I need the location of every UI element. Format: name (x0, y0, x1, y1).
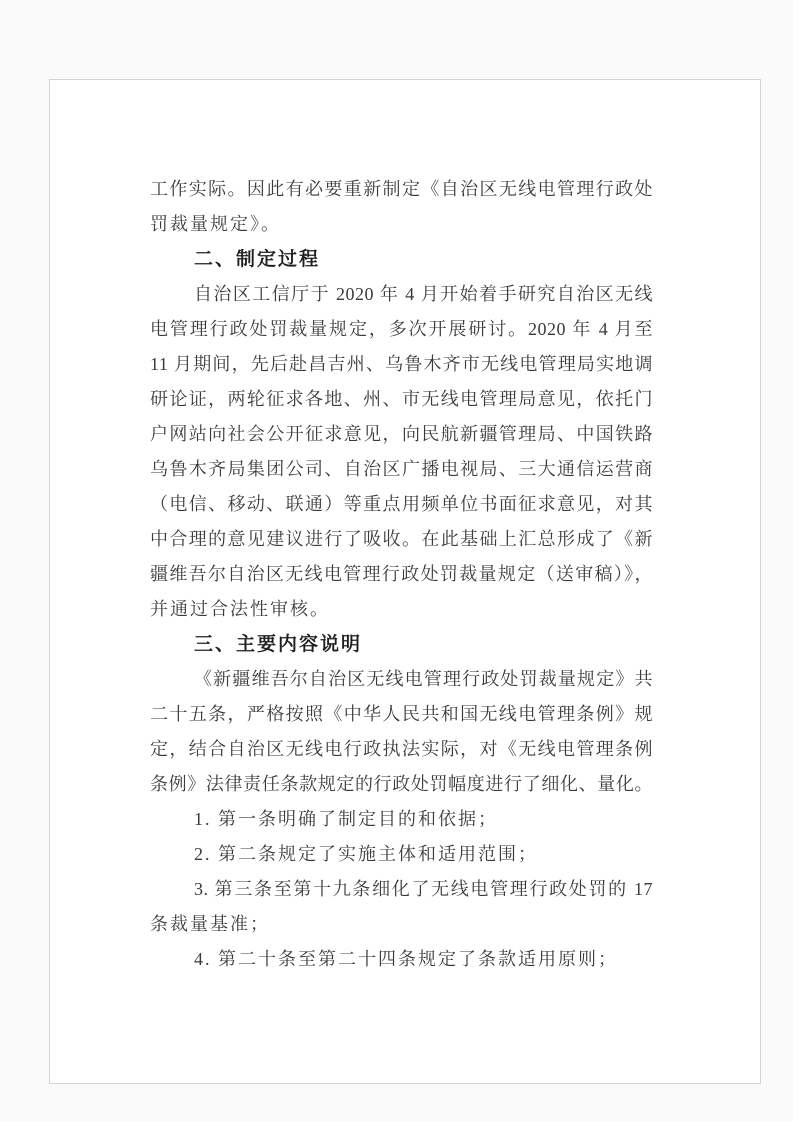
document-line: 并通过合法性审核。 (150, 592, 653, 627)
document-line: 《新疆维吾尔自治区无线电管理行政处罚裁量规定》共 (150, 662, 653, 697)
document-line: 疆维吾尔自治区无线电管理行政处罚裁量规定（送审稿）》， (150, 557, 653, 592)
document-line: 3. 第三条至第十九条细化了无线电管理行政处罚的 17 (150, 872, 653, 907)
document-line: 条例》法律责任条款规定的行政处罚幅度进行了细化、量化。 (150, 767, 653, 802)
document-line: 罚裁量规定》。 (150, 207, 653, 242)
document-line: 自治区工信厅于 2020 年 4 月开始着手研究自治区无线 (150, 277, 653, 312)
document-line: 定，结合自治区无线电行政执法实际，对《无线电管理条例 (150, 732, 653, 767)
document-line: 1. 第一条明确了制定目的和依据； (150, 802, 653, 837)
document-line: （电信、移动、联通）等重点用频单位书面征求意见，对其 (150, 487, 653, 522)
document-line: 条裁量基准； (150, 907, 653, 942)
document-line: 11 月期间，先后赴昌吉州、乌鲁木齐市无线电管理局实地调 (150, 347, 653, 382)
document-line: 4. 第二十条至第二十四条规定了条款适用原则； (150, 942, 653, 977)
viewer-background: { "page": { "background_color": "#fafafa… (0, 0, 793, 1122)
document-page: 工作实际。因此有必要重新制定《自治区无线电管理行政处罚裁量规定》。二、制定过程自… (49, 79, 761, 1084)
section-heading: 二、制定过程 (150, 242, 653, 277)
document-line: 乌鲁木齐局集团公司、自治区广播电视局、三大通信运营商 (150, 452, 653, 487)
document-line: 工作实际。因此有必要重新制定《自治区无线电管理行政处 (150, 172, 653, 207)
document-text: 工作实际。因此有必要重新制定《自治区无线电管理行政处罚裁量规定》。二、制定过程自… (150, 172, 653, 977)
section-heading: 三、主要内容说明 (150, 627, 653, 662)
document-line: 中合理的意见建议进行了吸收。在此基础上汇总形成了《新 (150, 522, 653, 557)
document-line: 2. 第二条规定了实施主体和适用范围； (150, 837, 653, 872)
document-line: 研论证，两轮征求各地、州、市无线电管理局意见，依托门 (150, 382, 653, 417)
document-line: 二十五条，严格按照《中华人民共和国无线电管理条例》规 (150, 697, 653, 732)
document-line: 户网站向社会公开征求意见，向民航新疆管理局、中国铁路 (150, 417, 653, 452)
document-line: 电管理行政处罚裁量规定，多次开展研讨。2020 年 4 月至 (150, 312, 653, 347)
